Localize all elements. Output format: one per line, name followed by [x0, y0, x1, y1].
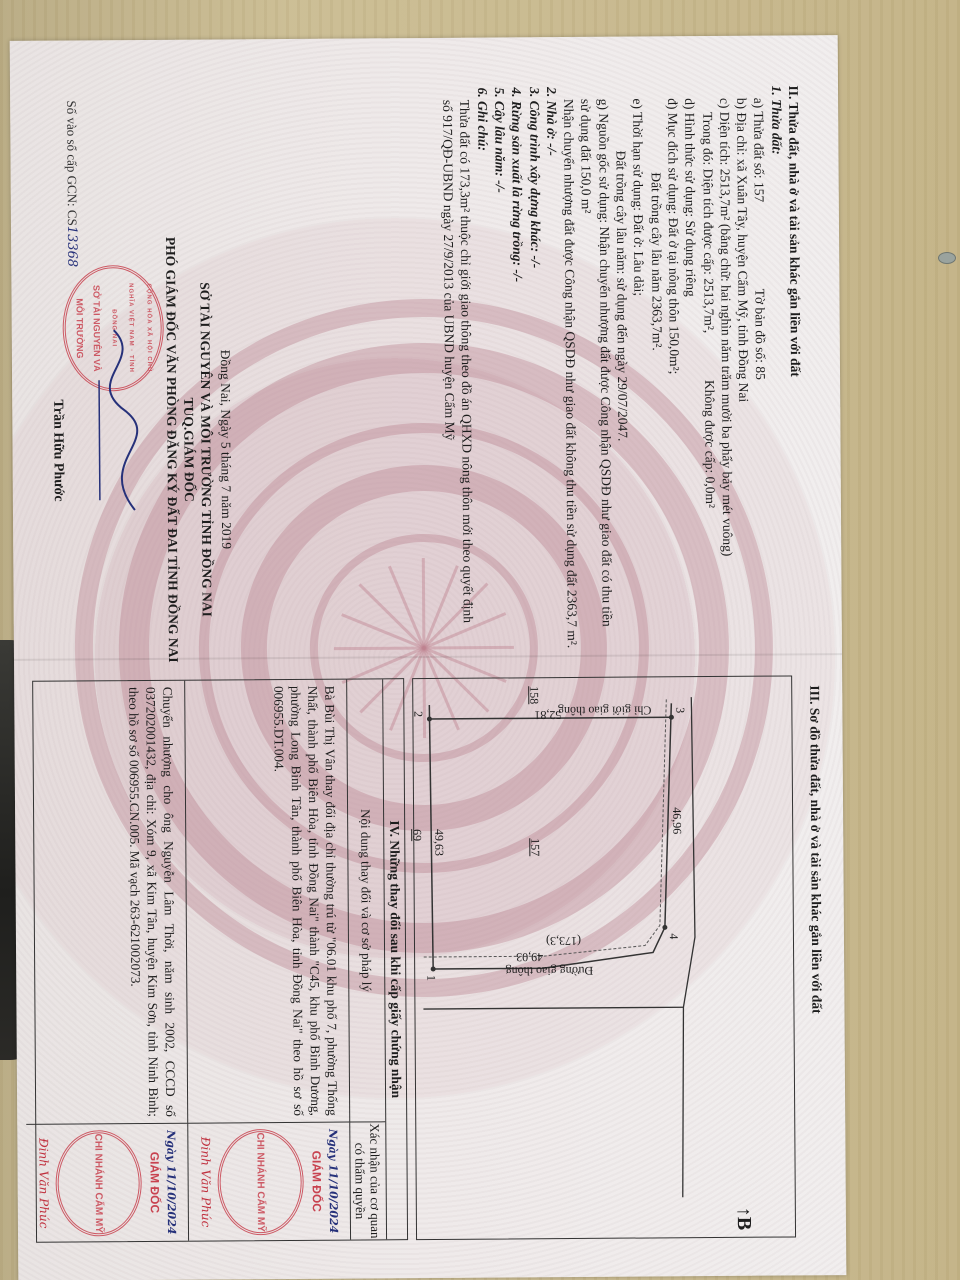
- land-use-certificate: II. Thửa đất, nhà ở và tài sản khác gắn …: [10, 35, 847, 1280]
- section-4: IV. Những thay đổi sau khi cấp giấy chứn…: [32, 678, 408, 1243]
- point-4: 4: [666, 933, 681, 939]
- neighbor-parcel-158: 158: [526, 686, 541, 704]
- parcel-number-label: 157: [527, 838, 542, 856]
- edge-1-2: 49,63: [431, 829, 446, 856]
- screw-head: [938, 252, 956, 264]
- signer-role: PHÓ GIÁM ĐỐC VĂN PHÒNG ĐĂNG KÝ ĐẤT ĐAI T…: [162, 210, 183, 690]
- column-header-content: Nội dung thay đổi và cơ sở pháp lý: [346, 679, 385, 1121]
- neighbor-parcel-69: 69: [409, 829, 424, 841]
- signer-name: Trần Hữu Phước: [48, 211, 69, 691]
- parcel-plan: Đường giao thông (173,3) Chỉ giới giao t…: [412, 675, 796, 1240]
- signature-scribble: [64, 320, 155, 521]
- branch-stamp-1: CHI NHÁNH CẨM MỸ: [217, 1129, 304, 1236]
- point-2: 2: [410, 711, 425, 717]
- map-sheet-number: 85: [753, 366, 768, 380]
- change-entry-1: Bà Bùi Thị Vân thay đổi địa chỉ thường t…: [184, 680, 349, 1123]
- section-3-4: III. Sơ đồ thửa đất, nhà ở và tài sản kh…: [22, 675, 826, 1261]
- registration-number: Số vào sổ cấp GCN: CS13368: [62, 100, 81, 267]
- document-content: II. Thửa đất, nhà ở và tài sản khác gắn …: [10, 35, 847, 1280]
- parcel-diagram: [413, 676, 795, 1239]
- edge-2-3: 52,81: [534, 707, 561, 722]
- section-3-title: III. Sơ đồ thửa đất, nhà ở và tài sản kh…: [806, 685, 824, 1013]
- branch-stamp-2: CHI NHÁNH CẨM MỸ: [55, 1130, 142, 1237]
- north-arrow-icon: ↑B: [732, 1207, 755, 1231]
- section-4-title: IV. Những thay đổi sau khi cấp giấy chứn…: [382, 679, 407, 1239]
- edge-3-4: 46,96: [669, 807, 684, 834]
- changes-table: Nội dung thay đổi và cơ sở pháp lý Xác n…: [38, 679, 386, 1241]
- edge-4-1: 49,03: [516, 949, 543, 964]
- boundary-label: Chỉ giới giao thông: [558, 702, 651, 718]
- point-3: 3: [672, 707, 687, 713]
- column-header-confirm: Xác nhận của cơ quan có thẩm quyền: [349, 1121, 386, 1239]
- parcel-number: 157: [752, 182, 767, 202]
- road-label: Đường giao thông: [506, 963, 594, 979]
- road-area-label: (173,3): [546, 933, 581, 948]
- change-entry-2: Chuyển nhượng cho ông Nguyễn Lâm Thời, n…: [23, 681, 187, 1124]
- issue-date: Đồng Nai, Ngày 5 tháng 7 năm 2019: [216, 209, 237, 689]
- section-2: II. Thửa đất, nhà ở và tài sản khác gắn …: [22, 85, 806, 650]
- confirm-entry-1: Ngày 11/10/2024 GIÁM ĐỐC CHI NHÁNH CẨM M…: [187, 1122, 350, 1241]
- point-1: 1: [423, 975, 438, 981]
- confirm-entry-2: Ngày 11/10/2024 GIÁM ĐỐC CHI NHÁNH CẨM M…: [26, 1123, 188, 1242]
